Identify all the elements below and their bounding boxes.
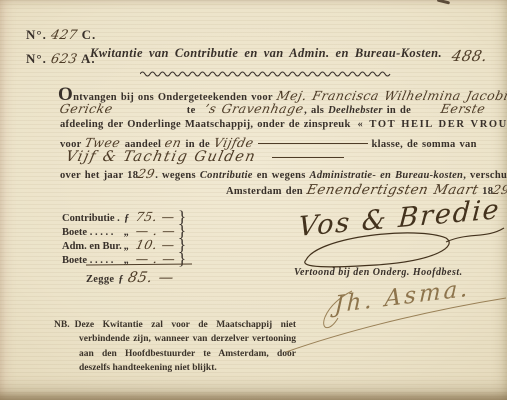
- receipt-document: N°. 427 C. N°. 623 A. Kwitantie van Cont…: [0, 0, 507, 400]
- klasse-text: klasse, de somma van: [371, 139, 476, 150]
- folio-number: 488.: [450, 47, 489, 65]
- document-number-1: N°. 427 C.: [26, 27, 96, 43]
- signature-second: Jh. Asma.: [334, 276, 471, 319]
- motto-text: « TOT HEIL DER VROUWEN,”: [358, 119, 507, 130]
- date-line: Amsterdam den Eenendertigsten Maart 1829…: [226, 182, 507, 198]
- wavy-rule: [140, 69, 392, 78]
- nb-text: Deze Kwitantie zal voor de Maatschappij …: [75, 320, 296, 373]
- wegens-text-a: . wegens: [155, 170, 196, 181]
- document-title: Kwitantie van Contributie en van Admin. …: [90, 46, 435, 61]
- scan-artifact-mark: [437, 0, 450, 4]
- no2-value: 623: [49, 52, 79, 67]
- no2-prefix: N°.: [26, 51, 47, 66]
- residence: ’s Gravenhage: [204, 101, 306, 116]
- signature-main: Vos & Bredie: [297, 194, 501, 243]
- amount-in-words: Vijf & Tachtig Gulden: [64, 149, 258, 165]
- fee-row-boete-1: Boete . . . . .„— . —}: [62, 220, 186, 234]
- wavy-rule-path: [140, 72, 390, 76]
- blank-rule-amount: [272, 157, 344, 158]
- verschuldigd-text: , verschuldigd.: [463, 170, 507, 181]
- total-line: Zegge ƒ 85. —: [86, 270, 173, 286]
- year-handwritten: 29: [137, 166, 157, 181]
- admin-kosten-word: Administratie- en Bureau-kosten: [310, 170, 464, 181]
- afdeling-text: afdeeling der Onderlinge Maatschappij, o…: [60, 119, 351, 130]
- in-de-text-1: in de: [387, 105, 411, 116]
- fee-row-contributie: Contributie .ƒ75. —}: [62, 206, 186, 220]
- member-surname: Gericke: [58, 101, 114, 116]
- brace-glyph: }: [178, 249, 186, 268]
- body-line-3: afdeeling der Onderlinge Maatschappij, o…: [60, 119, 507, 130]
- year-text: over het jaar 18: [60, 170, 138, 181]
- wegens-text-b: en wegens: [257, 170, 306, 181]
- nb-footnote: NB.Deze Kwitantie zal voor de Maatschapp…: [54, 318, 296, 375]
- afdeling-ordinal: Eerste: [439, 101, 487, 116]
- currency-sign: ƒ: [118, 274, 124, 285]
- presented-statement: Vertoond bij den Onderg. Hoofdbest.: [294, 267, 463, 278]
- date-handwritten: Eenendertigsten Maart: [305, 182, 480, 198]
- fee-row-adm-bur: Adm. en Bur.„10. —}: [62, 234, 186, 248]
- blank-rule-class: [258, 143, 368, 144]
- document-number-2: N°. 623 A.: [26, 51, 96, 67]
- body-line-2: Gericke te ’s Gravenhage, als Deelhebste…: [60, 101, 485, 116]
- no1-prefix: N°.: [26, 27, 47, 42]
- nb-label: NB.: [54, 320, 70, 330]
- signature-tail-flourish: [446, 228, 504, 242]
- city-label: Amsterdam den: [226, 186, 303, 197]
- no1-value: 427: [49, 28, 79, 43]
- zegge-label: Zegge: [86, 274, 114, 285]
- als-text: , als: [304, 105, 324, 116]
- te-label: te: [187, 105, 196, 116]
- scan-bottom-edge: [0, 391, 507, 400]
- contributie-word: Contributie: [200, 170, 253, 181]
- fee-row-boete-2: Boete . . . . .„— . —}: [62, 248, 186, 262]
- total-amount: 85. —: [126, 270, 175, 286]
- no1-suffix: C.: [82, 27, 97, 42]
- body-line-5: Vijf & Tachtig Gulden: [66, 148, 344, 166]
- deelhebster-word: Deelhebster: [328, 105, 383, 116]
- body-line-6: over het jaar 1829. wegens Contributie e…: [60, 166, 507, 181]
